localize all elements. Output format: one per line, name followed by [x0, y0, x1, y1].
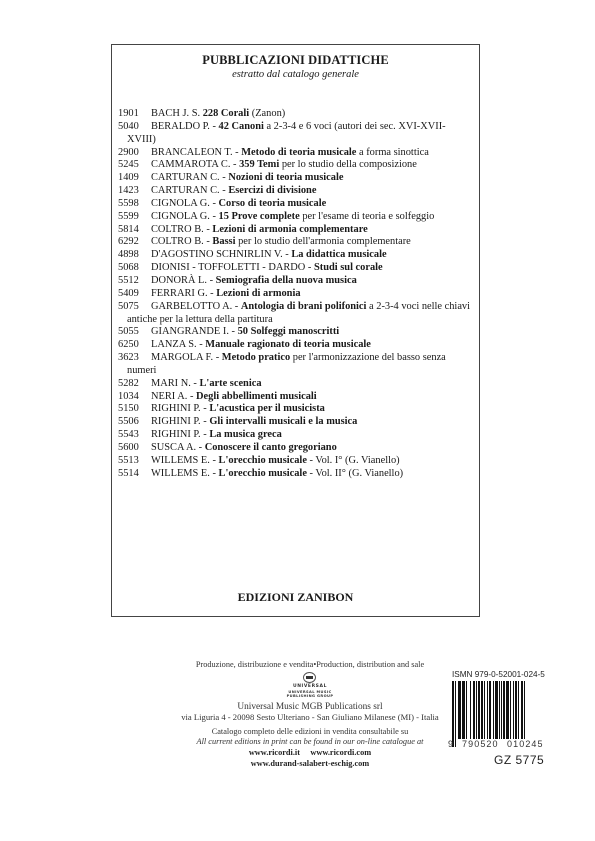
- catalog-code: 5055: [118, 326, 148, 339]
- link-durand[interactable]: www.durand-salabert-eschig.com: [150, 759, 470, 770]
- catalog-item: 5513WILLEMS E. - L'orecchio musicale - V…: [118, 455, 473, 468]
- catalog-code: 6292: [118, 236, 148, 249]
- barcode-digits: 9 790520 010245: [448, 739, 578, 750]
- page-title: PUBBLICAZIONI DIDATTICHE: [112, 53, 479, 68]
- catalog-code: 5599: [118, 211, 148, 224]
- catalog-item: 5245CAMMAROTA C. - 359 Temi per lo studi…: [118, 159, 473, 172]
- catalog-author: RIGHINI P. -: [151, 403, 209, 414]
- catalog-code: 5598: [118, 198, 148, 211]
- catalog-item: 5409FERRARI G. - Lezioni di armonia: [118, 288, 473, 301]
- distribution-line: Produzione, distribuzione e vendita•Prod…: [150, 660, 470, 671]
- catalog-item: 5068DIONISI - TOFFOLETTI - DARDO - Studi…: [118, 262, 473, 275]
- catalog-author: D'AGOSTINO SCHNIRLIN V. -: [151, 249, 291, 260]
- catalog-code: 6250: [118, 339, 148, 352]
- catalog-code: 5506: [118, 416, 148, 429]
- catalog-author: GARBELOTTO A. -: [151, 301, 241, 312]
- catalog-title: Lezioni di armonia: [216, 288, 300, 299]
- catalog-author: COLTRO B. -: [151, 224, 212, 235]
- catalog-item: 1034NERI A. - Degli abbellimenti musical…: [118, 391, 473, 404]
- catalog-author: SUSCA A. -: [151, 442, 205, 453]
- catalog-item: 5040BERALDO P. - 42 Canoni a 2-3-4 e 6 v…: [118, 121, 473, 147]
- company-address: via Liguria 4 - 20098 Sesto Ulteriano - …: [150, 712, 470, 723]
- catalog-title: Antologia di brani polifonici: [241, 301, 367, 312]
- catalog-item: 5599CIGNOLA G. - 15 Prove complete per l…: [118, 211, 473, 224]
- catalog-code: 5514: [118, 468, 148, 481]
- catalog-item: 2900BRANCALEON T. - Metodo di teoria mus…: [118, 147, 473, 160]
- catalog-code: 1423: [118, 185, 148, 198]
- catalog-code: 1409: [118, 172, 148, 185]
- catalog-title: 228 Corali: [203, 108, 249, 119]
- catalog-author: CIGNOLA G. -: [151, 198, 219, 209]
- catalog-item: 5543RIGHINI P. - La musica greca: [118, 429, 473, 442]
- catalog-note: - Vol. I° (G. Vianello): [307, 455, 400, 466]
- catalog-code: 5600: [118, 442, 148, 455]
- catalog-author: COLTRO B. -: [151, 236, 212, 247]
- catalog-item: 5506RIGHINI P. - Gli intervalli musicali…: [118, 416, 473, 429]
- catalog-code: 5040: [118, 121, 148, 134]
- catalog-author: CARTURAN C. -: [151, 172, 228, 183]
- catalog-code: 5245: [118, 159, 148, 172]
- catalog-item: 5598CIGNOLA G. - Corso di teoria musical…: [118, 198, 473, 211]
- catalog-author: BERALDO P. -: [151, 121, 219, 132]
- catalog-author: NERI A. -: [151, 391, 196, 402]
- catalog-author: MARI N. -: [151, 378, 200, 389]
- catalog-box: PUBBLICAZIONI DIDATTICHE estratto dal ca…: [111, 44, 480, 617]
- catalog-item: 5512DONORÀ L. - Semiografia della nuova …: [118, 275, 473, 288]
- catalog-author: RIGHINI P. -: [151, 429, 209, 440]
- catalog-title: Nozioni di teoria musicale: [228, 172, 343, 183]
- catalog-note: (Zanon): [249, 108, 285, 119]
- catalog-author: WILLEMS E. -: [151, 468, 219, 479]
- catalog-item: 6250LANZA S. - Manuale ragionato di teor…: [118, 339, 473, 352]
- catalog-author: FERRARI G. -: [151, 288, 216, 299]
- catalog-title: Gli intervalli musicali e la musica: [209, 416, 357, 427]
- catalog-author: CARTURAN C. -: [151, 185, 228, 196]
- catalog-code: 5543: [118, 429, 148, 442]
- barcode-block: ISMN 979-0-52001-024-5 9 790520 010245 G…: [448, 670, 578, 767]
- catalog-code: 5513: [118, 455, 148, 468]
- catalog-item: 5814COLTRO B. - Lezioni di armonia compl…: [118, 224, 473, 237]
- catalog-title: Degli abbellimenti musicali: [196, 391, 317, 402]
- catalog-author: RIGHINI P. -: [151, 416, 209, 427]
- publisher-name: EDIZIONI ZANIBON: [112, 590, 479, 605]
- catalog-author: BRANCALEON T. -: [151, 147, 241, 158]
- catalog-title: Corso di teoria musicale: [219, 198, 327, 209]
- catalog-note: per lo studio della composizione: [279, 159, 417, 170]
- catalog-item: 1901BACH J. S. 228 Corali (Zanon): [118, 108, 473, 121]
- catalog-author: BACH J. S.: [151, 108, 203, 119]
- catalog-note-it: Catalogo completo delle edizioni in vend…: [150, 727, 470, 738]
- catalog-code: 2900: [118, 147, 148, 160]
- catalog-code: 5150: [118, 403, 148, 416]
- catalog-author: CIGNOLA G. -: [151, 211, 219, 222]
- catalog-title: Esercizi di divisione: [228, 185, 316, 196]
- catalog-title: La musica greca: [209, 429, 282, 440]
- catalog-note: - Vol. II° (G. Vianello): [307, 468, 403, 479]
- catalog-title: Metodo pratico: [222, 352, 290, 363]
- ismn-label: ISMN 979-0-52001-024-5: [452, 670, 578, 679]
- catalog-title: Semiografia della nuova musica: [216, 275, 357, 286]
- catalog-item: 5600SUSCA A. - Conoscere il canto gregor…: [118, 442, 473, 455]
- catalog-title: L'arte scenica: [200, 378, 262, 389]
- catalog-code: 5512: [118, 275, 148, 288]
- catalog-author: WILLEMS E. -: [151, 455, 219, 466]
- catalog-item: 5150RIGHINI P. - L'acustica per il music…: [118, 403, 473, 416]
- catalog-title: La didattica musicale: [291, 249, 386, 260]
- catalog-code: 1034: [118, 391, 148, 404]
- catalog-title: Studi sul corale: [314, 262, 383, 273]
- catalog-code: 5282: [118, 378, 148, 391]
- catalog-item: 5514WILLEMS E. - L'orecchio musicale - V…: [118, 468, 473, 481]
- catalog-title: 359 Temi: [239, 159, 279, 170]
- catalog-code: 4898: [118, 249, 148, 262]
- catalog-title: Manuale ragionato di teoria musicale: [205, 339, 371, 350]
- universal-logo: UNIVERSAL UNIVERSAL MUSICPUBLISHING GROU…: [270, 672, 350, 702]
- link-ricordi-com[interactable]: www.ricordi.com: [310, 748, 371, 757]
- catalog-note: per l'esame di teoria e solfeggio: [300, 211, 435, 222]
- catalog-title: Conoscere il canto gregoriano: [205, 442, 337, 453]
- catalog-item: 1423CARTURAN C. - Esercizi di divisione: [118, 185, 473, 198]
- catalog-author: LANZA S. -: [151, 339, 205, 350]
- link-ricordi-it[interactable]: www.ricordi.it: [249, 748, 300, 757]
- barcode-icon: [452, 681, 552, 747]
- catalog-title: L'acustica per il musicista: [209, 403, 325, 414]
- catalog-item: 5055GIANGRANDE I. - 50 Solfeggi manoscri…: [118, 326, 473, 339]
- company-name: Universal Music MGB Publications srl: [150, 702, 470, 713]
- catalog-title: L'orecchio musicale: [219, 468, 307, 479]
- catalog-title: 50 Solfeggi manoscritti: [238, 326, 340, 337]
- catalog-code: 5075: [118, 301, 148, 314]
- catalog-code: 3623: [118, 352, 148, 365]
- catalog-author: DONORÀ L. -: [151, 275, 216, 286]
- catalog-code: 5814: [118, 224, 148, 237]
- footer: Produzione, distribuzione e vendita•Prod…: [150, 660, 470, 769]
- catalog-item: 5075GARBELOTTO A. - Antologia di brani p…: [118, 301, 473, 327]
- catalog-item: 1409CARTURAN C. - Nozioni di teoria musi…: [118, 172, 473, 185]
- catalog-author: MARGOLA F. -: [151, 352, 222, 363]
- catalog-title: Metodo di teoria musicale: [241, 147, 356, 158]
- catalog-author: GIANGRANDE I. -: [151, 326, 238, 337]
- catalog-author: DIONISI - TOFFOLETTI - DARDO -: [151, 262, 314, 273]
- catalog-title: Lezioni di armonia complementare: [212, 224, 367, 235]
- catalog-item: 6292COLTRO B. - Bassi per lo studio dell…: [118, 236, 473, 249]
- catalog-code: 5068: [118, 262, 148, 275]
- catalog-title: 15 Prove complete: [219, 211, 300, 222]
- catalog-author: CAMMAROTA C. -: [151, 159, 239, 170]
- catalog-item: 5282MARI N. - L'arte scenica: [118, 378, 473, 391]
- catalog-item: 3623MARGOLA F. - Metodo pratico per l'ar…: [118, 352, 473, 378]
- page-subtitle: estratto dal catalogo generale: [112, 69, 479, 80]
- catalog-note-en: All current editions in print can be fou…: [150, 737, 470, 748]
- catalog-title: 42 Canoni: [219, 121, 264, 132]
- catalog-note: a forma sinottica: [356, 147, 428, 158]
- catalog-code: 1901: [118, 108, 148, 121]
- catalog-title: L'orecchio musicale: [219, 455, 307, 466]
- catalog-list: 1901BACH J. S. 228 Corali (Zanon)5040BER…: [118, 108, 473, 480]
- catalog-code: 5409: [118, 288, 148, 301]
- catalog-title: Bassi: [212, 236, 235, 247]
- catalog-item: 4898D'AGOSTINO SCHNIRLIN V. - La didatti…: [118, 249, 473, 262]
- catalog-note: per lo studio dell'armonia complementare: [236, 236, 411, 247]
- catalog-number: GZ 5775: [494, 753, 578, 767]
